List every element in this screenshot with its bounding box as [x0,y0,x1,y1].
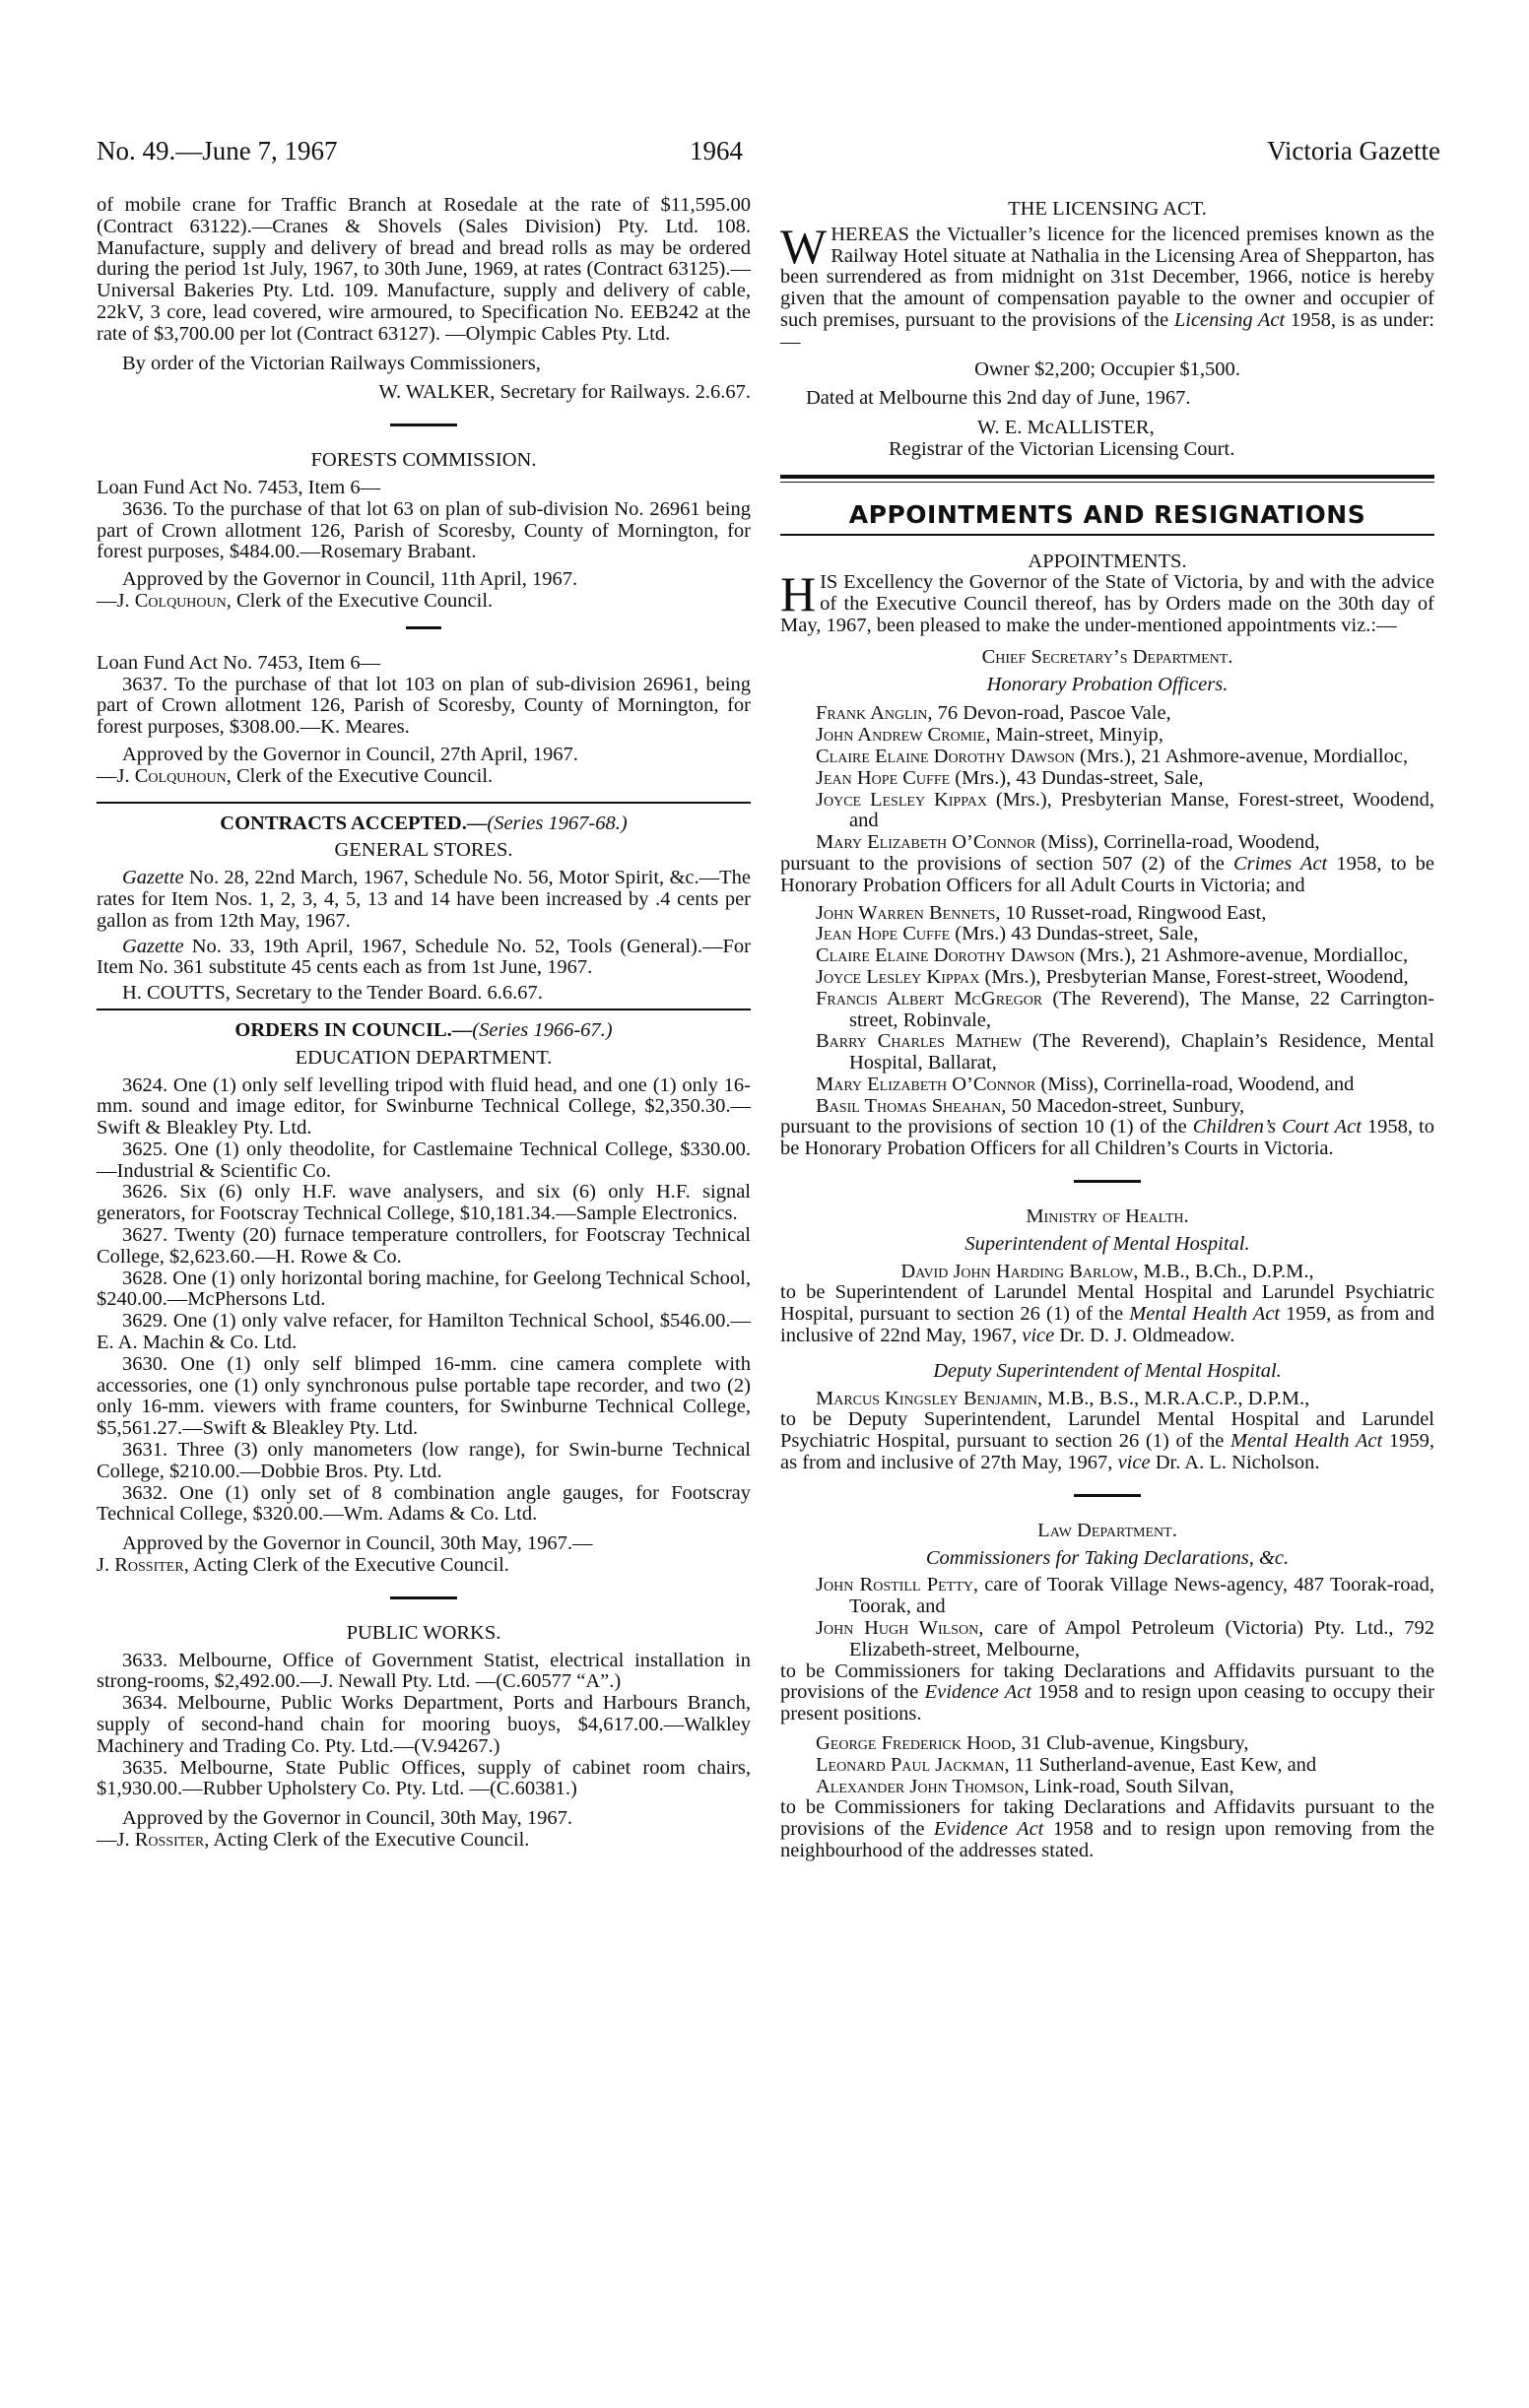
appointee-address: , 76 Devon-road, Pascoe Vale, [927,702,1170,724]
appointee: Claire Elaine Dorothy Dawson (Mrs.), 21 … [816,747,1434,768]
contracts-title: CONTRACTS ACCEPTED.—(Series 1967-68.) [97,814,751,835]
order-item: 3625. One (1) only theodolite, for Castl… [97,1139,751,1183]
appointee: Jean Hope Cuffe (Mrs.), 43 Dundas-street… [816,768,1434,790]
clerk-prefix: —J. [97,765,135,787]
paragraph-text: No. 28, 22nd March, 1967, Schedule No. 5… [97,867,751,932]
section-rule [97,1009,751,1010]
appointee: John Warren Bennets, 10 Russet-road, Rin… [816,903,1434,925]
section-rule [780,534,1434,536]
section-divider [1074,1180,1141,1183]
order-item: 3628. One (1) only horizontal boring mac… [97,1269,751,1312]
forests-commission-section: FORESTS COMMISSION. Loan Fund Act No. 74… [97,450,751,787]
clerk-prefix: —J. [97,590,135,612]
licensing-signatory: W. E. McALLISTER, [780,418,1434,439]
appointee: Jean Hope Cuffe (Mrs.) 43 Dundas-street,… [816,924,1434,945]
orders-title-text: ORDERS IN COUNCIL.— [234,1019,472,1041]
page-number: 1964 [690,136,743,166]
childrens-courts-list: John Warren Bennets, 10 Russet-road, Rin… [780,903,1434,1118]
adult-courts-pursuant: pursuant to the provisions of section 50… [780,854,1434,897]
appointee-name: Jean Hope Cuffe [816,923,950,944]
text: Dr. A. L. Nicholson. [1151,1452,1320,1473]
licensing-title: THE LICENSING ACT. [780,199,1434,221]
act-name: Evidence Act [925,1681,1031,1703]
commissioners-list-1: John Rostill Petty, care of Toorak Villa… [780,1575,1434,1660]
deputy-name: Marcus Kingsley Benjamin, M.B., B.S., M.… [816,1389,1434,1410]
order-item: 3627. Twenty (20) furnace temperature co… [97,1225,751,1269]
appointee: Mary Elizabeth O’Connor (Miss), Corrinel… [816,832,1434,854]
gazette-label: Gazette [122,936,184,957]
law-department: Law Department. [780,1521,1434,1542]
appointee-address: , 11 Sutherland-avenue, East Kew, and [1004,1754,1316,1776]
appointee: Francis Albert McGregor (The Reverend), … [816,989,1434,1032]
order-item: 3624. One (1) only self levelling tripod… [97,1075,751,1139]
superintendent-name: David John Harding Barlow, M.B., B.Ch., … [780,1262,1434,1283]
public-works-clerk: —J. Rossiter, Acting Clerk of the Execut… [97,1830,751,1852]
appointments-section: APPOINTMENTS. HIS Excellency the Governo… [780,552,1434,1862]
order-item: 3629. One (1) only valve refacer, for Ha… [97,1311,751,1354]
contracts-accepted-section: CONTRACTS ACCEPTED.—(Series 1967-68.) GE… [97,814,751,1010]
appointee-address: (Mrs.), 21 Ashmore-avenue, Mordialloc, [1075,944,1408,966]
appointee: Frank Anglin, 76 Devon-road, Pascoe Vale… [816,703,1434,725]
appointee: Joyce Lesley Kippax (Mrs.), Presbyterian… [816,967,1434,989]
appointee-address: (Mrs.), 43 Dundas-street, Sale, [950,767,1203,789]
appointee-address: (Miss), Corrinella-road, Woodend, [1035,831,1319,853]
appointee-name: Claire Elaine Dorothy Dawson [816,746,1075,767]
appointee-name: John Warren Bennets [816,902,995,924]
section-divider [1074,1494,1141,1497]
drop-cap: W [780,227,827,266]
appointee-name: John Rostill Petty [816,1574,973,1595]
clerk-suffix: , Clerk of the Executive Council. [227,590,493,612]
appointee-name: Basil Thomas Sheahan [816,1095,1001,1117]
public-works-item: 3633. Melbourne, Office of Government St… [97,1651,751,1694]
appointee: Alexander John Thomson, Link-road, South… [816,1777,1434,1798]
railways-by-order: By order of the Victorian Railways Commi… [97,354,751,375]
public-works-title: PUBLIC WORKS. [97,1623,751,1645]
orders-approved: Approved by the Governor in Council, 30t… [97,1533,751,1555]
public-works-approved: Approved by the Governor in Council, 30t… [97,1808,751,1830]
appointee-address: , Main-street, Minyip, [985,724,1163,746]
section-divider [390,423,457,426]
appointee-name: Mary Elizabeth O’Connor [816,831,1035,853]
appointee: Barry Charles Mathew (The Reverend), Cha… [816,1031,1434,1074]
superintendent-subtitle: Superintendent of Mental Hospital. [780,1234,1434,1256]
forests-item2-approved: Approved by the Governor in Council, 27t… [97,745,751,766]
orders-title: ORDERS IN COUNCIL.—(Series 1966-67.) [97,1020,751,1042]
childrens-courts-pursuant: pursuant to the provisions of section 10… [780,1117,1434,1160]
deputy-text: to be Deputy Superintendent, Larundel Me… [780,1409,1434,1473]
forests-item2-text: 3637. To the purchase of that lot 103 on… [97,675,751,739]
appointee-address: , Link-road, South Silvan, [1025,1776,1234,1797]
superintendent-text: to be Superintendent of Larundel Mental … [780,1282,1434,1346]
order-item: 3631. Three (3) only manometers (low ran… [97,1440,751,1483]
appointee-name: Leonard Paul Jackman [816,1754,1004,1776]
text: pursuant to the provisions of section 50… [780,853,1233,875]
commissioners-subtitle: Commissioners for Taking Declarations, &… [780,1548,1434,1570]
qualifications: , M.B., B.S., M.R.A.C.P., D.P.M., [1037,1388,1309,1409]
licensing-dated: Dated at Melbourne this 2nd day of June,… [780,388,1434,410]
act-name: Mental Health Act [1129,1303,1280,1325]
forests-item1-clerk: —J. Colquhoun, Clerk of the Executive Co… [97,591,751,613]
appointee-name: John Andrew Cromie [816,724,985,746]
order-item: 3630. One (1) only self blimped 16-mm. c… [97,1354,751,1440]
gazette-label: Gazette [122,867,184,888]
act-name: Licensing Act [1174,309,1285,331]
vice: vice [1022,1325,1054,1346]
public-works-item: 3634. Melbourne, Public Works Department… [97,1693,751,1757]
adult-courts-list: Frank Anglin, 76 Devon-road, Pascoe Vale… [780,703,1434,854]
orders-list: 3624. One (1) only self levelling tripod… [97,1075,751,1527]
orders-subtitle: EDUCATION DEPARTMENT. [97,1048,751,1070]
appointee-name: Frank Anglin [816,702,927,724]
paragraph-text: No. 33, 19th April, 1967, Schedule No. 5… [97,936,751,979]
orders-clerk: J. Rossiter, Acting Clerk of the Executi… [97,1555,751,1577]
order-item: 3626. Six (6) only H.F. wave analysers, … [97,1182,751,1225]
clerk-name: Rossiter [114,1554,183,1576]
commissioners-text-2: to be Commissioners for taking Declarati… [780,1797,1434,1861]
clerk-name: Colquhoun [135,765,227,787]
act-name: Evidence Act [934,1818,1044,1840]
appointee: George Frederick Hood, 31 Club-avenue, K… [816,1733,1434,1755]
licensing-act-section: THE LICENSING ACT. WHEREAS the Victualle… [780,199,1434,461]
appointee-address: (Mrs.), 21 Ashmore-avenue, Mordialloc, [1075,746,1408,767]
act-name: Crimes Act [1233,853,1327,875]
contracts-paragraph-1: Gazette No. 28, 22nd March, 1967, Schedu… [97,868,751,932]
appointee-name: Jean Hope Cuffe [816,767,950,789]
clerk-prefix: J. [97,1554,114,1576]
probation-officers-subtitle: Honorary Probation Officers. [780,675,1434,696]
appointee: Leonard Paul Jackman, 11 Sutherland-aven… [816,1755,1434,1777]
appointee-name: John Hugh Wilson [816,1617,978,1639]
appointee: Claire Elaine Dorothy Dawson (Mrs.), 21 … [816,945,1434,967]
drop-cap: H [780,574,816,614]
deputy-superintendent-subtitle: Deputy Superintendent of Mental Hospital… [780,1361,1434,1383]
commissioners-text-1: to be Commissioners for taking Declarati… [780,1661,1434,1725]
issue-number-date: No. 49.—June 7, 1967 [97,136,338,166]
forests-item1-approved: Approved by the Governor in Council, 11t… [97,569,751,591]
contracts-subtitle: GENERAL STORES. [97,840,751,862]
appointee-name: Mary Elizabeth O’Connor [816,1074,1035,1095]
qualifications: , M.B., B.Ch., D.P.M., [1133,1261,1313,1282]
public-works-item: 3635. Melbourne, State Public Offices, s… [97,1758,751,1801]
clerk-suffix: , Clerk of the Executive Council. [227,765,493,787]
right-column: THE LICENSING ACT. WHEREAS the Victualle… [780,195,1434,1862]
contracts-title-text: CONTRACTS ACCEPTED.— [220,813,487,834]
appointments-intro: HIS Excellency the Governor of the State… [780,572,1434,636]
item-divider [406,626,441,629]
licensing-body: WHEREAS the Victualler’s licence for the… [780,225,1434,354]
vice: vice [1118,1452,1151,1473]
contracts-paragraph-2: Gazette No. 33, 19th April, 1967, Schedu… [97,937,751,980]
clerk-name: Rossiter [135,1829,204,1851]
railways-section: of mobile crane for Traffic Branch at Ro… [97,195,751,404]
appointee-name: Alexander John Thomson [816,1776,1025,1797]
clerk-suffix: , Acting Clerk of the Executive Council. [184,1554,509,1576]
railways-signature: W. WALKER, Secretary for Railways. 2.6.6… [97,382,751,404]
licensing-amounts: Owner $2,200; Occupier $1,500. [780,359,1434,381]
appointee-name: Joyce Lesley Kippax [816,789,987,811]
appointments-resignations-banner: APPOINTMENTS AND RESIGNATIONS [780,504,1434,526]
appointee-name: Marcus Kingsley Benjamin [816,1388,1037,1409]
appointee-name: Joyce Lesley Kippax [816,966,979,988]
appointee-address: (Miss), Corrinella-road, Woodend, and [1035,1074,1354,1095]
forests-item2-clerk: —J. Colquhoun, Clerk of the Executive Co… [97,766,751,788]
text: Dr. D. J. Oldmeadow. [1054,1325,1234,1346]
licensing-signatory-title: Registrar of the Victorian Licensing Cou… [780,439,1434,461]
appointee-name: George Frederick Hood [816,1732,1011,1754]
appointments-title: APPOINTMENTS. [780,552,1434,573]
section-divider [390,1596,457,1599]
appointee-address: , 31 Club-avenue, Kingsbury, [1011,1732,1248,1754]
appointee-address: , 10 Russet-road, Ringwood East, [995,902,1266,924]
act-name: Mental Health Act [1230,1430,1382,1452]
clerk-suffix: , Acting Clerk of the Executive Council. [204,1829,529,1851]
appointee-name: David John Harding Barlow [900,1261,1133,1282]
railways-continuation: of mobile crane for Traffic Branch at Ro… [97,195,751,346]
order-item: 3632. One (1) only set of 8 combination … [97,1483,751,1527]
contracts-series: (Series 1967-68.) [487,813,627,834]
appointee: Joyce Lesley Kippax (Mrs.), Presbyterian… [816,790,1434,833]
ministry-of-health: Ministry of Health. [780,1206,1434,1228]
orders-series: (Series 1966-67.) [472,1019,612,1041]
act-name: Children’s Court Act [1193,1116,1362,1138]
contracts-signature: H. COUTTS, Secretary to the Tender Board… [97,983,751,1005]
appointee: Basil Thomas Sheahan, 50 Macedon-street,… [816,1096,1434,1118]
appointee-address: (Mrs.) 43 Dundas-street, Sale, [950,923,1198,944]
text: pursuant to the provisions of section 10… [780,1116,1193,1138]
publication-title: Victoria Gazette [1267,136,1440,166]
appointee: John Hugh Wilson, care of Ampol Petroleu… [816,1618,1434,1661]
appointee: John Rostill Petty, care of Toorak Villa… [816,1575,1434,1618]
intro-text: IS Excellency the Governor of the State … [780,571,1434,636]
chief-secretary-department: Chief Secretary’s Department. [780,647,1434,669]
appointee-name: Barry Charles Mathew [816,1030,1022,1052]
forests-item1-text: 3636. To the purchase of that lot 63 on … [97,499,751,563]
clerk-prefix: —J. [97,1829,135,1851]
section-rule [97,802,751,804]
appointee: Mary Elizabeth O’Connor (Miss), Corrinel… [816,1074,1434,1096]
clerk-name: Colquhoun [135,590,227,612]
commissioners-list-2: George Frederick Hood, 31 Club-avenue, K… [780,1733,1434,1797]
forests-title: FORESTS COMMISSION. [97,450,751,472]
appointee-address: , 50 Macedon-street, Sunbury, [1001,1095,1244,1117]
forests-item2-act: Loan Fund Act No. 7453, Item 6— [97,653,751,675]
orders-in-council-section: ORDERS IN COUNCIL.—(Series 1966-67.) EDU… [97,1020,751,1577]
double-rule [780,475,1434,483]
deputy-name-block: Marcus Kingsley Benjamin, M.B., B.S., M.… [780,1389,1434,1410]
appointee-name: Francis Albert McGregor [816,988,1042,1009]
forests-item1-act: Loan Fund Act No. 7453, Item 6— [97,478,751,499]
public-works-section: PUBLIC WORKS. 3633. Melbourne, Office of… [97,1623,751,1852]
left-column: of mobile crane for Traffic Branch at Ro… [97,195,751,1852]
appointee: John Andrew Cromie, Main-street, Minyip, [816,725,1434,747]
appointee-address: (Mrs.), Presbyterian Manse, Forest-stree… [979,966,1408,988]
appointee-name: Claire Elaine Dorothy Dawson [816,944,1075,966]
